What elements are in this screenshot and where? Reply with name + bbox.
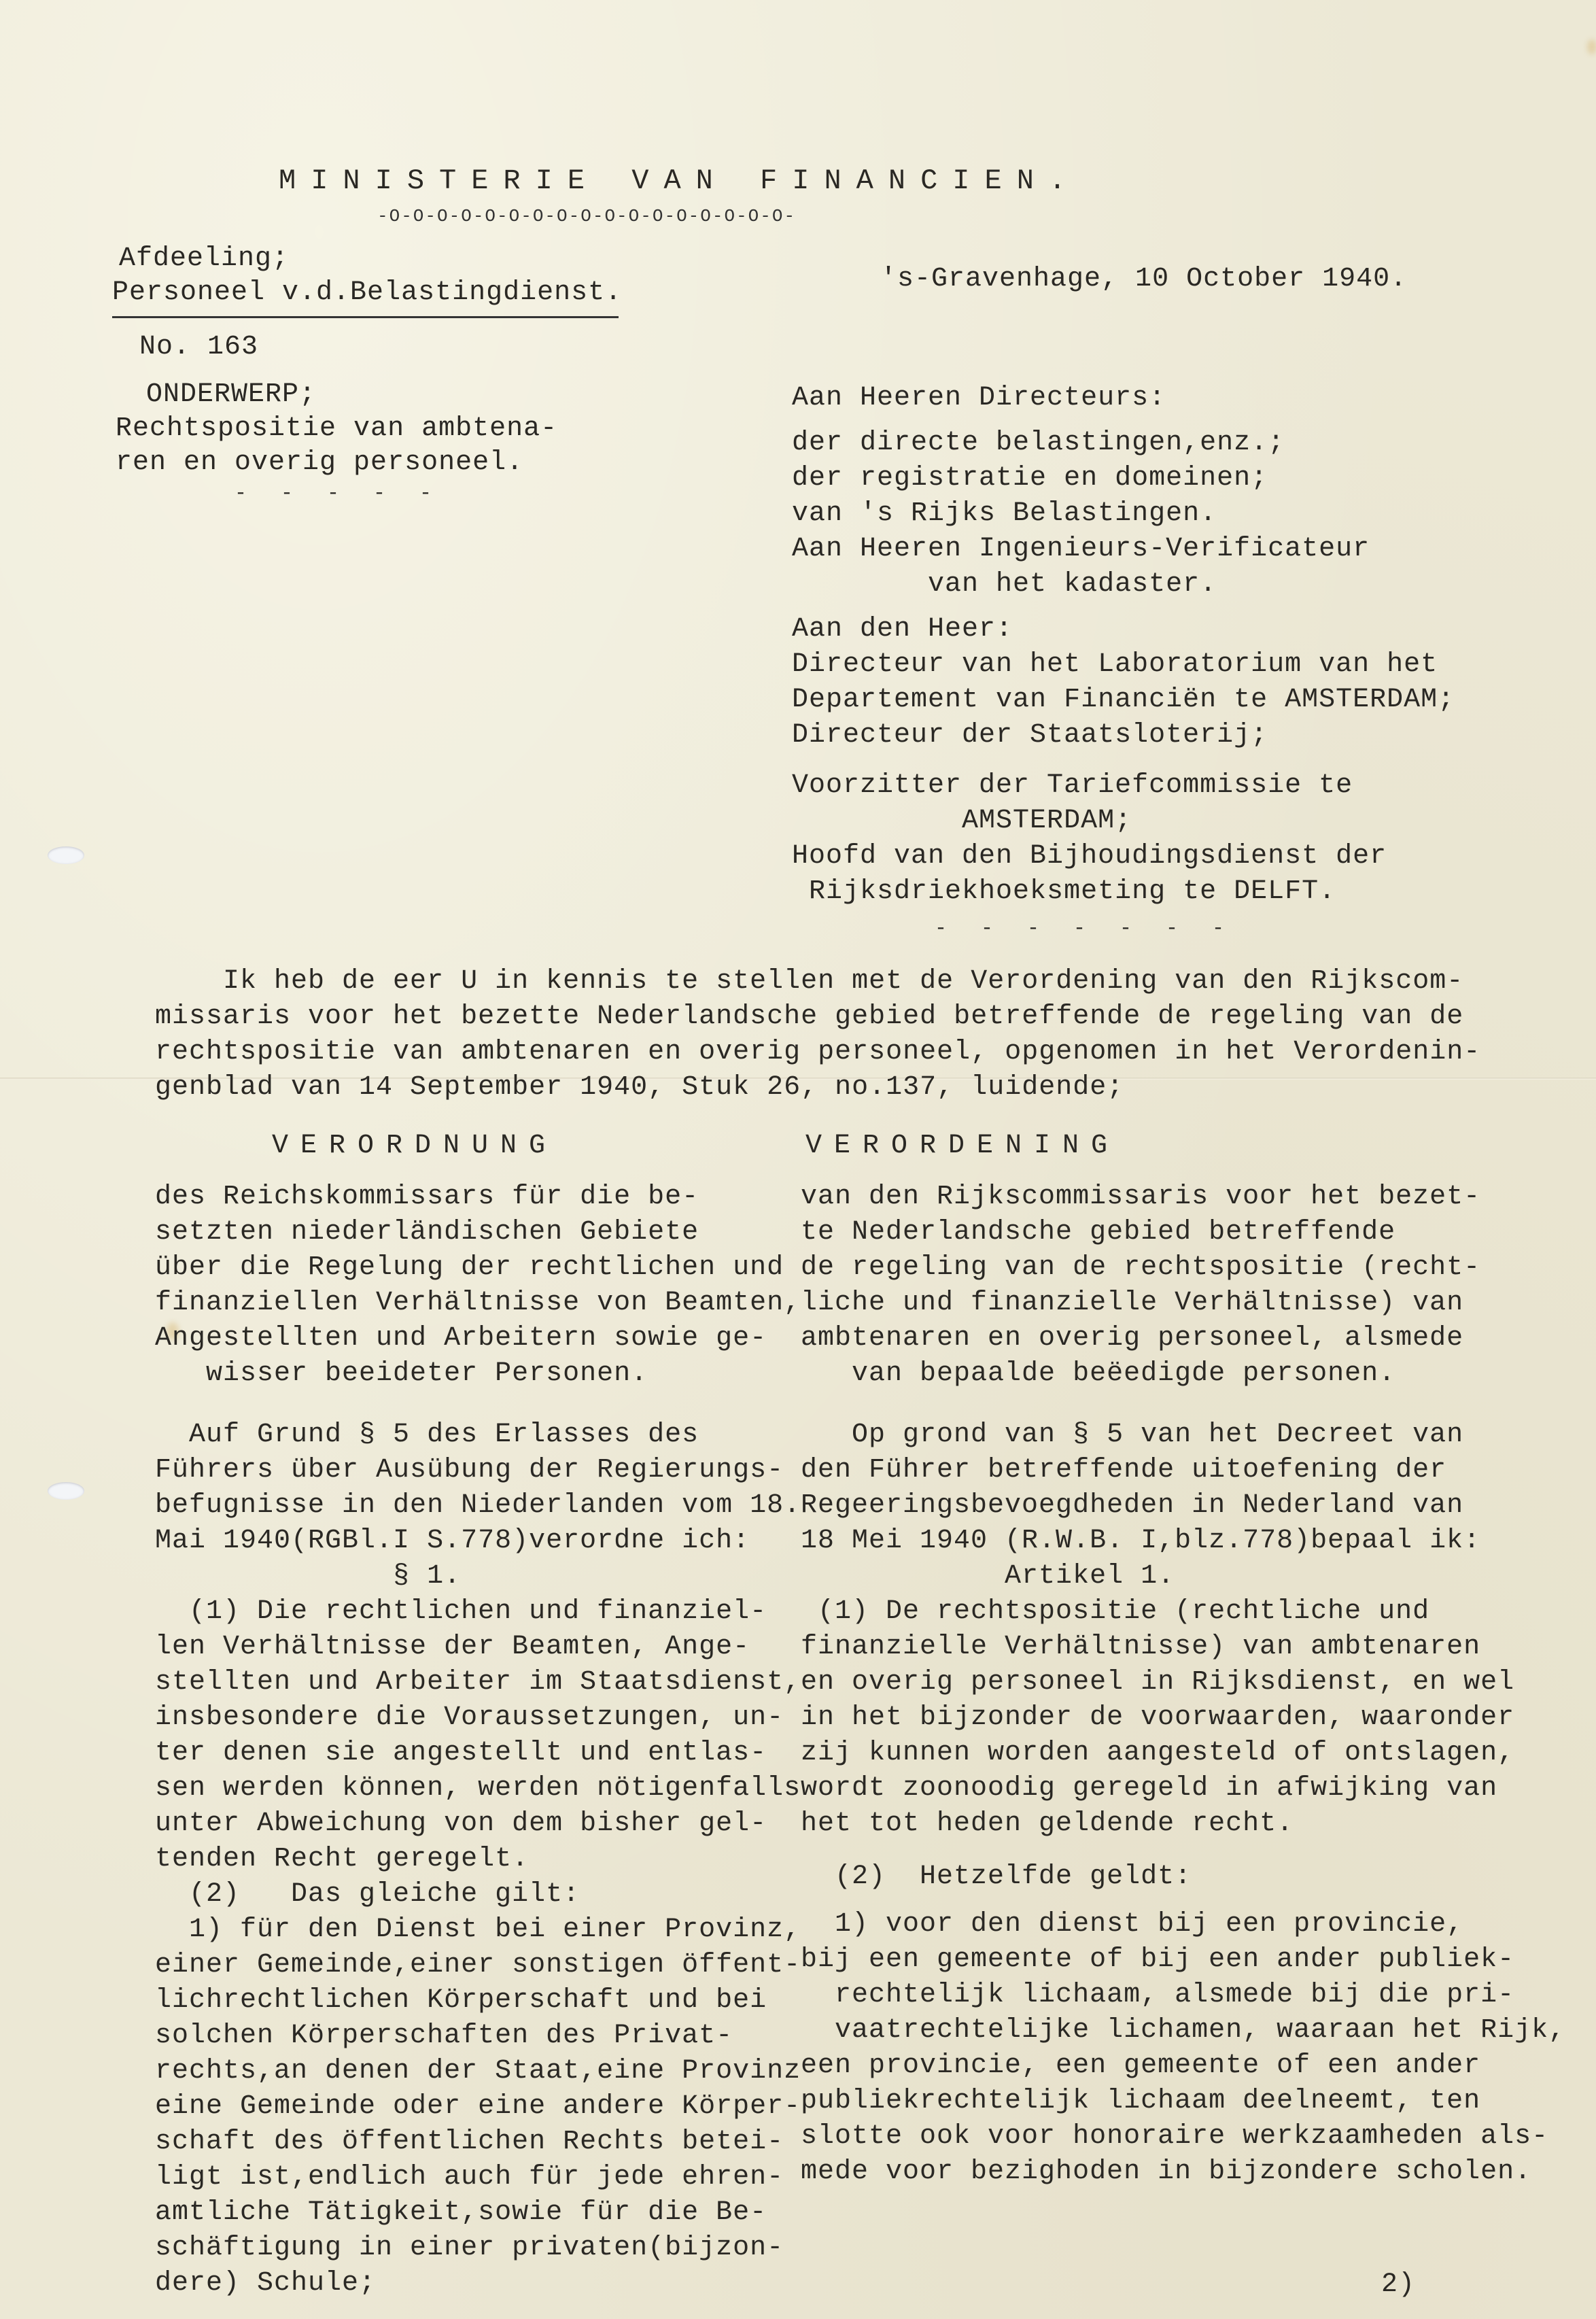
dutch-body-line: en overig personeel in Rijksdienst, en w… bbox=[801, 1665, 1565, 1700]
addressee-line: Voorzitter der Tariefcommissie te bbox=[792, 768, 1455, 804]
german-body-line: dere) Schule; bbox=[155, 2266, 801, 2301]
subject-separator: - - - - - bbox=[235, 476, 443, 511]
dutch-body-line: slotte ook voor honoraire werkzaamheden … bbox=[801, 2119, 1565, 2154]
german-body-line: (1) Die rechtlichen und finanziel- bbox=[155, 1594, 801, 1630]
dutch-body-line: een provincie, een gemeente of een ander bbox=[801, 2048, 1565, 2084]
german-body-line: befugnisse in den Niederlanden vom 18. bbox=[155, 1488, 801, 1524]
dutch-body: Op grond van § 5 van het Decreet van den… bbox=[801, 1418, 1565, 2190]
german-title-line: setzten niederländischen Gebiete bbox=[155, 1215, 801, 1250]
intro-line: Ik heb de eer U in kennis te stellen met… bbox=[155, 964, 1480, 999]
addressee-line: der directe belastingen,enz.; bbox=[792, 426, 1455, 461]
german-body-line: Mai 1940(RGBl.I S.778)verordne ich: bbox=[155, 1524, 801, 1559]
german-body-line: sen werden können, werden nötigenfalls bbox=[155, 1771, 801, 1806]
german-title-line: des Reichskommissars für die be- bbox=[155, 1180, 801, 1215]
addressee-spacer bbox=[792, 602, 1455, 612]
dutch-title: van den Rijkscommissaris voor het bezet-… bbox=[801, 1180, 1480, 1392]
german-heading: VERORDNUNG bbox=[272, 1129, 557, 1164]
intro-paragraph: Ik heb de eer U in kennis te stellen met… bbox=[155, 964, 1480, 1105]
german-body-line: ter denen sie angestellt und entlas- bbox=[155, 1736, 801, 1771]
dutch-body-line: zij kunnen worden aangesteld of ontslage… bbox=[801, 1736, 1565, 1771]
addressee-line: Aan Heeren Directeurs: bbox=[792, 381, 1455, 416]
letterhead-title: MINISTERIE VAN FINANCIEN. bbox=[279, 163, 1081, 199]
dutch-body-line: wordt zoonoodig geregeld in afwijking va… bbox=[801, 1771, 1565, 1806]
german-body-line: insbesondere die Voraussetzungen, un- bbox=[155, 1700, 801, 1736]
german-title: des Reichskommissars für die be- setzten… bbox=[155, 1180, 801, 1392]
dutch-body-spacer bbox=[801, 1842, 1565, 1859]
dutch-body-line: rechtelijk lichaam, alsmede bij die pri- bbox=[801, 1978, 1565, 2013]
addressee-line: Rijksdriekhoeksmeting te DELFT. bbox=[792, 874, 1455, 910]
dutch-body-spacer bbox=[801, 1895, 1565, 1907]
addressee-line: Hoofd van den Bijhoudingsdienst der bbox=[792, 839, 1455, 874]
addressee-line: Aan Heeren Ingenieurs-Verificateur bbox=[792, 532, 1455, 567]
german-title-line: finanziellen Verhältnisse von Beamten, bbox=[155, 1286, 801, 1321]
german-body-line: stellten und Arbeiter im Staatsdienst, bbox=[155, 1665, 801, 1700]
addressee-line: Aan den Heer: bbox=[792, 612, 1455, 647]
german-body-line: ligt ist,endlich auch für jede ehren- bbox=[155, 2160, 801, 2195]
addressee-spacer bbox=[792, 416, 1455, 426]
dutch-body-line: den Führer betreffende uitoefening der bbox=[801, 1453, 1565, 1488]
dutch-body-line: finanzielle Verhältnisse) van ambtenaren bbox=[801, 1630, 1565, 1665]
header-rule bbox=[112, 316, 619, 318]
german-body: Auf Grund § 5 des Erlasses des Führers ü… bbox=[155, 1418, 801, 2301]
department-name: Personeel v.d.Belastingdienst. bbox=[112, 275, 622, 311]
german-body-line: tenden Recht geregelt. bbox=[155, 1842, 801, 1877]
addressee-line: AMSTERDAM; bbox=[792, 804, 1455, 839]
german-title-line: über die Regelung der rechtlichen und bbox=[155, 1250, 801, 1286]
dutch-title-line: liche und finanzielle Verhältnisse) van bbox=[801, 1286, 1480, 1321]
dutch-body-line: Regeeringsbevoegdheden in Nederland van bbox=[801, 1488, 1565, 1524]
intro-line: genblad van 14 September 1940, Stuk 26, … bbox=[155, 1070, 1480, 1105]
german-title-line: wisser beeideter Personen. bbox=[155, 1356, 801, 1392]
german-body-line: amtliche Tätigkeit,sowie für die Be- bbox=[155, 2195, 801, 2231]
dutch-title-line: van den Rijkscommissaris voor het bezet- bbox=[801, 1180, 1480, 1215]
dutch-body-line: het tot heden geldende recht. bbox=[801, 1806, 1565, 1842]
dutch-body-line: mede voor bezighoden in bijzondere schol… bbox=[801, 2154, 1565, 2190]
german-body-line: eine Gemeinde oder eine andere Körper- bbox=[155, 2089, 801, 2125]
punch-hole-bottom bbox=[48, 1482, 84, 1500]
addressee-line: Directeur der Staatsloterij; bbox=[792, 718, 1455, 753]
addressee-line: Directeur van het Laboratorium van het bbox=[792, 647, 1455, 683]
addressee-list: Aan Heeren Directeurs: der directe belas… bbox=[792, 381, 1455, 910]
paper-stain bbox=[1587, 39, 1596, 54]
dutch-body-line: (1) De rechtspositie (rechtliche und bbox=[801, 1594, 1565, 1630]
german-body-line: § 1. bbox=[155, 1559, 801, 1594]
german-body-line: rechts,an denen der Staat,eine Provinz bbox=[155, 2054, 801, 2089]
dutch-body-line: bij een gemeente of bij een ander publie… bbox=[801, 1942, 1565, 1978]
place-date: 's-Gravenhage, 10 October 1940. bbox=[880, 262, 1407, 297]
page-continuation-marker: 2) bbox=[1381, 2267, 1415, 2303]
german-body-line: schaft des öffentlichen Rechts betei- bbox=[155, 2125, 801, 2160]
addressee-spacer bbox=[792, 753, 1455, 768]
reference-number: No. 163 bbox=[139, 330, 258, 365]
addressee-line: Departement van Financiën te AMSTERDAM; bbox=[792, 683, 1455, 718]
dutch-body-line: (2) Hetzelfde geldt: bbox=[801, 1859, 1565, 1895]
letterhead-ornament: -O-O-O-O-O-O-O-O-O-O-O-O-O-O-O-O-O- bbox=[377, 199, 796, 234]
dutch-body-line: in het bijzonder de voorwaarden, waarond… bbox=[801, 1700, 1565, 1736]
german-body-line: solchen Körperschaften des Privat- bbox=[155, 2019, 801, 2054]
addressee-separator: - - - - - - - bbox=[935, 911, 1235, 946]
subject-line-1: Rechtspositie van ambtena- bbox=[116, 411, 557, 447]
addressee-line: der registratie en domeinen; bbox=[792, 461, 1455, 496]
department-label: Afdeeling; bbox=[119, 241, 289, 277]
dutch-title-line: de regeling van de rechtspositie (recht- bbox=[801, 1250, 1480, 1286]
dutch-body-line: Op grond van § 5 van het Decreet van bbox=[801, 1418, 1565, 1453]
german-body-line: len Verhältnisse der Beamten, Ange- bbox=[155, 1630, 801, 1665]
german-body-line: (2) Das gleiche gilt: bbox=[155, 1877, 801, 1912]
german-body-line: unter Abweichung von dem bisher gel- bbox=[155, 1806, 801, 1842]
dutch-body-line: 1) voor den dienst bij een provincie, bbox=[801, 1907, 1565, 1942]
german-body-line: schäftigung in einer privaten(bijzon- bbox=[155, 2231, 801, 2266]
german-title-line: Angestellten und Arbeitern sowie ge- bbox=[155, 1321, 801, 1356]
addressee-line: van 's Rijks Belastingen. bbox=[792, 496, 1455, 532]
german-body-line: Auf Grund § 5 des Erlasses des bbox=[155, 1418, 801, 1453]
dutch-title-line: van bepaalde beëedigde personen. bbox=[801, 1356, 1480, 1392]
dutch-body-line: Artikel 1. bbox=[801, 1559, 1565, 1594]
addressee-line: van het kadaster. bbox=[792, 567, 1455, 602]
german-body-line: einer Gemeinde,einer sonstigen öffent- bbox=[155, 1948, 801, 1983]
dutch-title-line: ambtenaren en overig personeel, alsmede bbox=[801, 1321, 1480, 1356]
dutch-title-line: te Nederlandsche gebied betreffende bbox=[801, 1215, 1480, 1250]
german-body-line: 1) für den Dienst bei einer Provinz, bbox=[155, 1912, 801, 1948]
intro-line: rechtspositie van ambtenaren en overig p… bbox=[155, 1035, 1480, 1070]
punch-hole-top bbox=[48, 846, 84, 864]
german-body-line: Führers über Ausübung der Regierungs- bbox=[155, 1453, 801, 1488]
dutch-body-line: 18 Mei 1940 (R.W.B. I,blz.778)bepaal ik: bbox=[801, 1524, 1565, 1559]
dutch-heading: VERORDENING bbox=[805, 1129, 1120, 1164]
dutch-body-line: publiekrechtelijk lichaam deelneemt, ten bbox=[801, 2084, 1565, 2119]
subject-label: ONDERWERP; bbox=[146, 377, 316, 413]
dutch-body-line: vaatrechtelijke lichamen, waaraan het Ri… bbox=[801, 2013, 1565, 2048]
intro-line: missaris voor het bezette Nederlandsche … bbox=[155, 999, 1480, 1035]
german-body-line: lichrechtlichen Körperschaft und bei bbox=[155, 1983, 801, 2019]
